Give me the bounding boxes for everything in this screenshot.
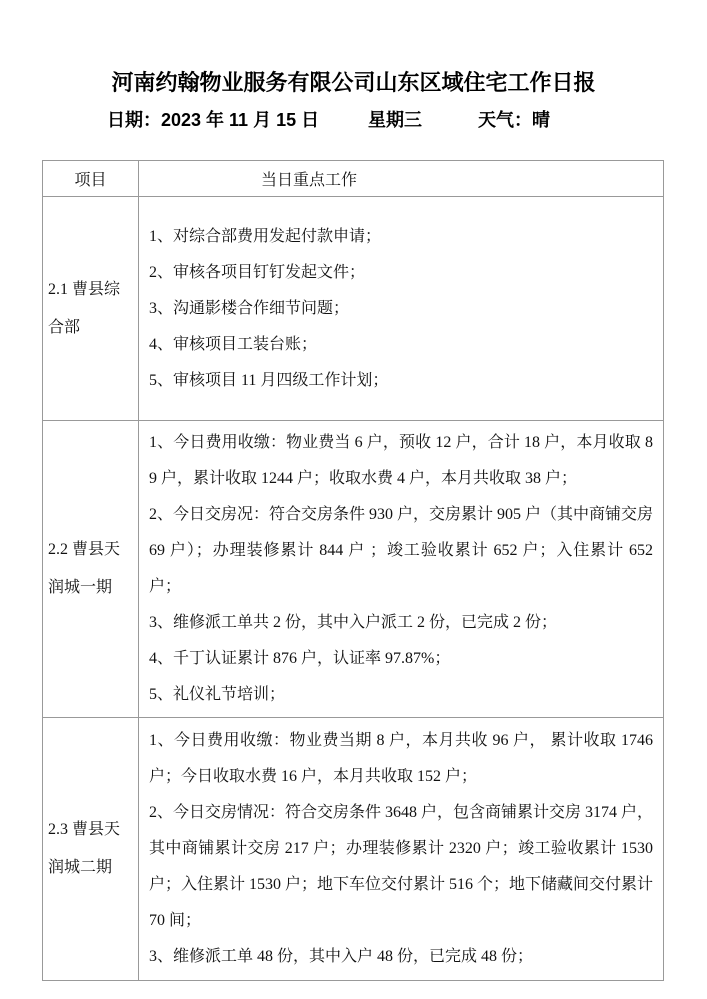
work-item: 4、千丁认证累计 876 户，认证率 97.87%； <box>149 641 653 677</box>
project-cell: 2.1 曹县综合部 <box>43 197 139 421</box>
table-row: 2.3 曹县天润城二期1、今日费用收缴：物业费当期 8 户，本月共收 96 户，… <box>43 718 664 981</box>
work-item: 2、审核各项目钉钉发起文件； <box>149 255 653 291</box>
date-row: 日期：2023 年 11 月 15 日 星期三 天气：晴 <box>0 106 707 132</box>
table-header-row: 项目 当日重点工作 <box>43 161 664 197</box>
weather-field: 天气：晴 <box>478 106 550 132</box>
column-header-project: 项目 <box>43 161 139 197</box>
work-item: 3、维修派工单共 2 份，其中入户派工 2 份，已完成 2 份； <box>149 605 653 641</box>
table-row: 2.1 曹县综合部1、对综合部费用发起付款申请；2、审核各项目钉钉发起文件；3、… <box>43 197 664 421</box>
work-item: 1、今日费用收缴：物业费当期 8 户，本月共收 96 户， 累计收取 1746 … <box>149 723 653 795</box>
weekday-field: 星期三 <box>368 106 422 132</box>
column-header-work: 当日重点工作 <box>139 161 664 197</box>
work-item: 4、审核项目工装台账； <box>149 327 653 363</box>
work-item: 5、礼仪礼节培训； <box>149 677 653 713</box>
document-page: 河南约翰物业服务有限公司山东区域住宅工作日报 日期：2023 年 11 月 15… <box>0 0 707 999</box>
work-item: 5、审核项目 11 月四级工作计划； <box>149 363 653 399</box>
work-item: 3、维修派工单 48 份，其中入户 48 份，已完成 48 份； <box>149 939 653 975</box>
project-cell: 2.3 曹县天润城二期 <box>43 718 139 981</box>
daily-report-table: 项目 当日重点工作 2.1 曹县综合部1、对综合部费用发起付款申请；2、审核各项… <box>42 160 664 981</box>
document-title: 河南约翰物业服务有限公司山东区域住宅工作日报 <box>0 66 707 97</box>
work-cell: 1、今日费用收缴：物业费当 6 户，预收 12 户，合计 18 户，本月收取 8… <box>139 421 664 718</box>
table-row: 2.2 曹县天润城一期1、今日费用收缴：物业费当 6 户，预收 12 户，合计 … <box>43 421 664 718</box>
work-item: 3、沟通影楼合作细节问题； <box>149 291 653 327</box>
work-item: 2、今日交房情况：符合交房条件 3648 户，包含商铺累计交房 3174 户，其… <box>149 795 653 939</box>
work-cell: 1、对综合部费用发起付款申请；2、审核各项目钉钉发起文件；3、沟通影楼合作细节问… <box>139 197 664 421</box>
project-cell: 2.2 曹县天润城一期 <box>43 421 139 718</box>
work-item: 2、今日交房况：符合交房条件 930 户，交房累计 905 户（其中商铺交房 6… <box>149 497 653 605</box>
work-cell: 1、今日费用收缴：物业费当期 8 户，本月共收 96 户， 累计收取 1746 … <box>139 718 664 981</box>
work-item: 1、今日费用收缴：物业费当 6 户，预收 12 户，合计 18 户，本月收取 8… <box>149 425 653 497</box>
date-field: 日期：2023 年 11 月 15 日 <box>107 106 319 132</box>
work-item: 1、对综合部费用发起付款申请； <box>149 219 653 255</box>
